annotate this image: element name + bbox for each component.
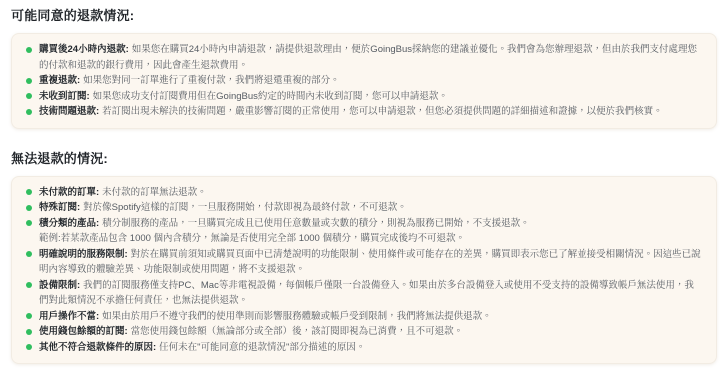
policy-item-body: 明確說明的服務限制:對於在購買前須知或購買頁面中已清楚說明的功能限制、使用條件或…	[39, 247, 702, 278]
policy-item-lead: 使用錢包餘額的訂閱:	[39, 326, 128, 337]
policy-item-lead: 重複退款:	[39, 75, 80, 86]
policy-item-lead: 特殊訂閱:	[39, 202, 80, 213]
policy-item-text: 任何未在"可能同意的退款情況"部分描述的原因。	[159, 342, 365, 353]
policy-item: 設備限制:我們的訂閱服務僅支持PC、Mac等非電視設備，每個帳戶僅限一台設備登入…	[26, 278, 702, 309]
bullet-dot-icon	[26, 78, 32, 84]
policy-item-body: 積分類的產品:積分制服務的產品，一旦購買完成且已使用任意數量或次數的積分，則視為…	[39, 216, 702, 247]
policy-item-body: 重複退款:如果您對同一訂單進行了重複付款，我們將退還重複的部分。	[39, 73, 702, 89]
policy-item: 其他不符合退款條件的原因:任何未在"可能同意的退款情況"部分描述的原因。	[26, 340, 702, 356]
policy-item: 未收到訂閱:如果您成功支付訂閱費用但在GoingBus約定的時間內未收到訂閱，您…	[26, 89, 702, 105]
policy-item-body: 技術問題退款:若訂閱出現未解決的技術問題，嚴重影響訂閱的正常使用，您可以申請退款…	[39, 104, 702, 120]
bullet-dot-icon	[26, 93, 32, 99]
policy-item-body: 使用錢包餘額的訂閱:當您使用錢包餘額（無論部分或全部）後，該訂閱即視為已消費，且…	[39, 324, 702, 340]
bullet-dot-icon	[26, 205, 32, 211]
policy-item-lead: 未收到訂閱:	[39, 91, 90, 102]
policy-item-lead: 未付款的訂單:	[39, 187, 99, 198]
refundable-card: 購買後24小時內退款:如果您在購買24小時內申請退款，請提供退款理由，便於Goi…	[11, 33, 717, 129]
policy-item: 未付款的訂單:未付款的訂單無法退款。	[26, 185, 702, 201]
policy-item-body: 特殊訂閱:對於像Spotify這樣的訂閱，一旦服務開始，付款即視為最終付款，不可…	[39, 200, 702, 216]
policy-item: 重複退款:如果您對同一訂單進行了重複付款，我們將退還重複的部分。	[26, 73, 702, 89]
non-refundable-list: 未付款的訂單:未付款的訂單無法退款。 特殊訂閱:對於像Spotify這樣的訂閱，…	[26, 185, 702, 356]
policy-item: 技術問題退款:若訂閱出現未解決的技術問題，嚴重影響訂閱的正常使用，您可以申請退款…	[26, 104, 702, 120]
bullet-dot-icon	[26, 329, 32, 335]
policy-item-text: 當您使用錢包餘額（無論部分或全部）後，該訂閱即視為已消費，且不可退款。	[131, 326, 464, 337]
bullet-dot-icon	[26, 109, 32, 115]
policy-item-text: 如果由於用戶不遵守我們的使用準則而影響服務體驗或帳戶受到限制，我們將無法提供退款…	[102, 311, 492, 322]
policy-item-text: 如果您成功支付訂閱費用但在GoingBus約定的時間內未收到訂閱，您可以申請退款…	[93, 91, 448, 102]
bullet-dot-icon	[26, 344, 32, 350]
policy-item-lead: 設備限制:	[39, 280, 80, 291]
policy-item-text: 如果您在購買24小時內申請退款，請提供退款理由，便於GoingBus採納您的建議…	[39, 44, 697, 71]
policy-item-body: 購買後24小時內退款:如果您在購買24小時內申請退款，請提供退款理由，便於Goi…	[39, 42, 702, 73]
bullet-dot-icon	[26, 220, 32, 226]
policy-item-lead: 其他不符合退款條件的原因:	[39, 342, 156, 353]
policy-item-text: 積分制服務的產品，一旦購買完成且已使用任意數量或次數的積分，則視為服務已開始，不…	[102, 218, 530, 229]
policy-item-body: 用戶操作不當:如果由於用戶不遵守我們的使用準則而影響服務體驗或帳戶受到限制，我們…	[39, 309, 702, 325]
policy-item-lead: 技術問題退款:	[39, 106, 99, 117]
bullet-dot-icon	[26, 189, 32, 195]
policy-item-body: 未付款的訂單:未付款的訂單無法退款。	[39, 185, 702, 201]
policy-item-text: 若訂閱出現未解決的技術問題，嚴重影響訂閱的正常使用，您可以申請退款，但您必須提供…	[102, 106, 663, 117]
policy-item-body: 未收到訂閱:如果您成功支付訂閱費用但在GoingBus約定的時間內未收到訂閱，您…	[39, 89, 702, 105]
section-heading-non-refundable: 無法退款的情況:	[11, 150, 717, 167]
policy-item-text: 我們的訂閱服務僅支持PC、Mac等非電視設備，每個帳戶僅限一台設備登入。如果由於…	[39, 280, 694, 307]
policy-item-lead: 積分類的產品:	[39, 218, 99, 229]
policy-item-text: 未付款的訂單無法退款。	[102, 187, 207, 198]
bullet-dot-icon	[26, 313, 32, 319]
non-refundable-card: 未付款的訂單:未付款的訂單無法退款。 特殊訂閱:對於像Spotify這樣的訂閱，…	[11, 176, 717, 365]
policy-item: 使用錢包餘額的訂閱:當您使用錢包餘額（無論部分或全部）後，該訂閱即視為已消費，且…	[26, 324, 702, 340]
policy-item-text: 對於像Spotify這樣的訂閱，一旦服務開始，付款即視為最終付款，不可退款。	[83, 202, 407, 213]
policy-item-text: 如果您對同一訂單進行了重複付款，我們將退還重複的部分。	[83, 75, 340, 86]
policy-item: 特殊訂閱:對於像Spotify這樣的訂閱，一旦服務開始，付款即視為最終付款，不可…	[26, 200, 702, 216]
refund-policy-page: 可能同意的退款情況: 購買後24小時內退款:如果您在購買24小時內申請退款，請提…	[0, 0, 728, 364]
bullet-dot-icon	[26, 251, 32, 257]
policy-item-lead: 明確說明的服務限制:	[39, 249, 128, 260]
policy-item-lead: 購買後24小時內退款:	[39, 44, 129, 55]
policy-item: 用戶操作不當:如果由於用戶不遵守我們的使用準則而影響服務體驗或帳戶受到限制，我們…	[26, 309, 702, 325]
refundable-list: 購買後24小時內退款:如果您在購買24小時內申請退款，請提供退款理由，便於Goi…	[26, 42, 702, 120]
section-heading-refundable: 可能同意的退款情況:	[11, 7, 717, 24]
policy-item: 積分類的產品:積分制服務的產品，一旦購買完成且已使用任意數量或次數的積分，則視為…	[26, 216, 702, 247]
policy-item-body: 設備限制:我們的訂閱服務僅支持PC、Mac等非電視設備，每個帳戶僅限一台設備登入…	[39, 278, 702, 309]
bullet-dot-icon	[26, 282, 32, 288]
policy-item-note: 範例:若某款產品包含 1000 個內含積分，無論是否使用完全部 1000 個積分…	[39, 231, 702, 247]
policy-item-body: 其他不符合退款條件的原因:任何未在"可能同意的退款情況"部分描述的原因。	[39, 340, 702, 356]
policy-item-text: 對於在購買前須知或購買頁面中已清楚說明的功能限制、使用條件或可能存在的差異，購買…	[39, 249, 701, 276]
policy-item: 購買後24小時內退款:如果您在購買24小時內申請退款，請提供退款理由，便於Goi…	[26, 42, 702, 73]
bullet-dot-icon	[26, 47, 32, 53]
policy-item-lead: 用戶操作不當:	[39, 311, 99, 322]
policy-item: 明確說明的服務限制:對於在購買前須知或購買頁面中已清楚說明的功能限制、使用條件或…	[26, 247, 702, 278]
